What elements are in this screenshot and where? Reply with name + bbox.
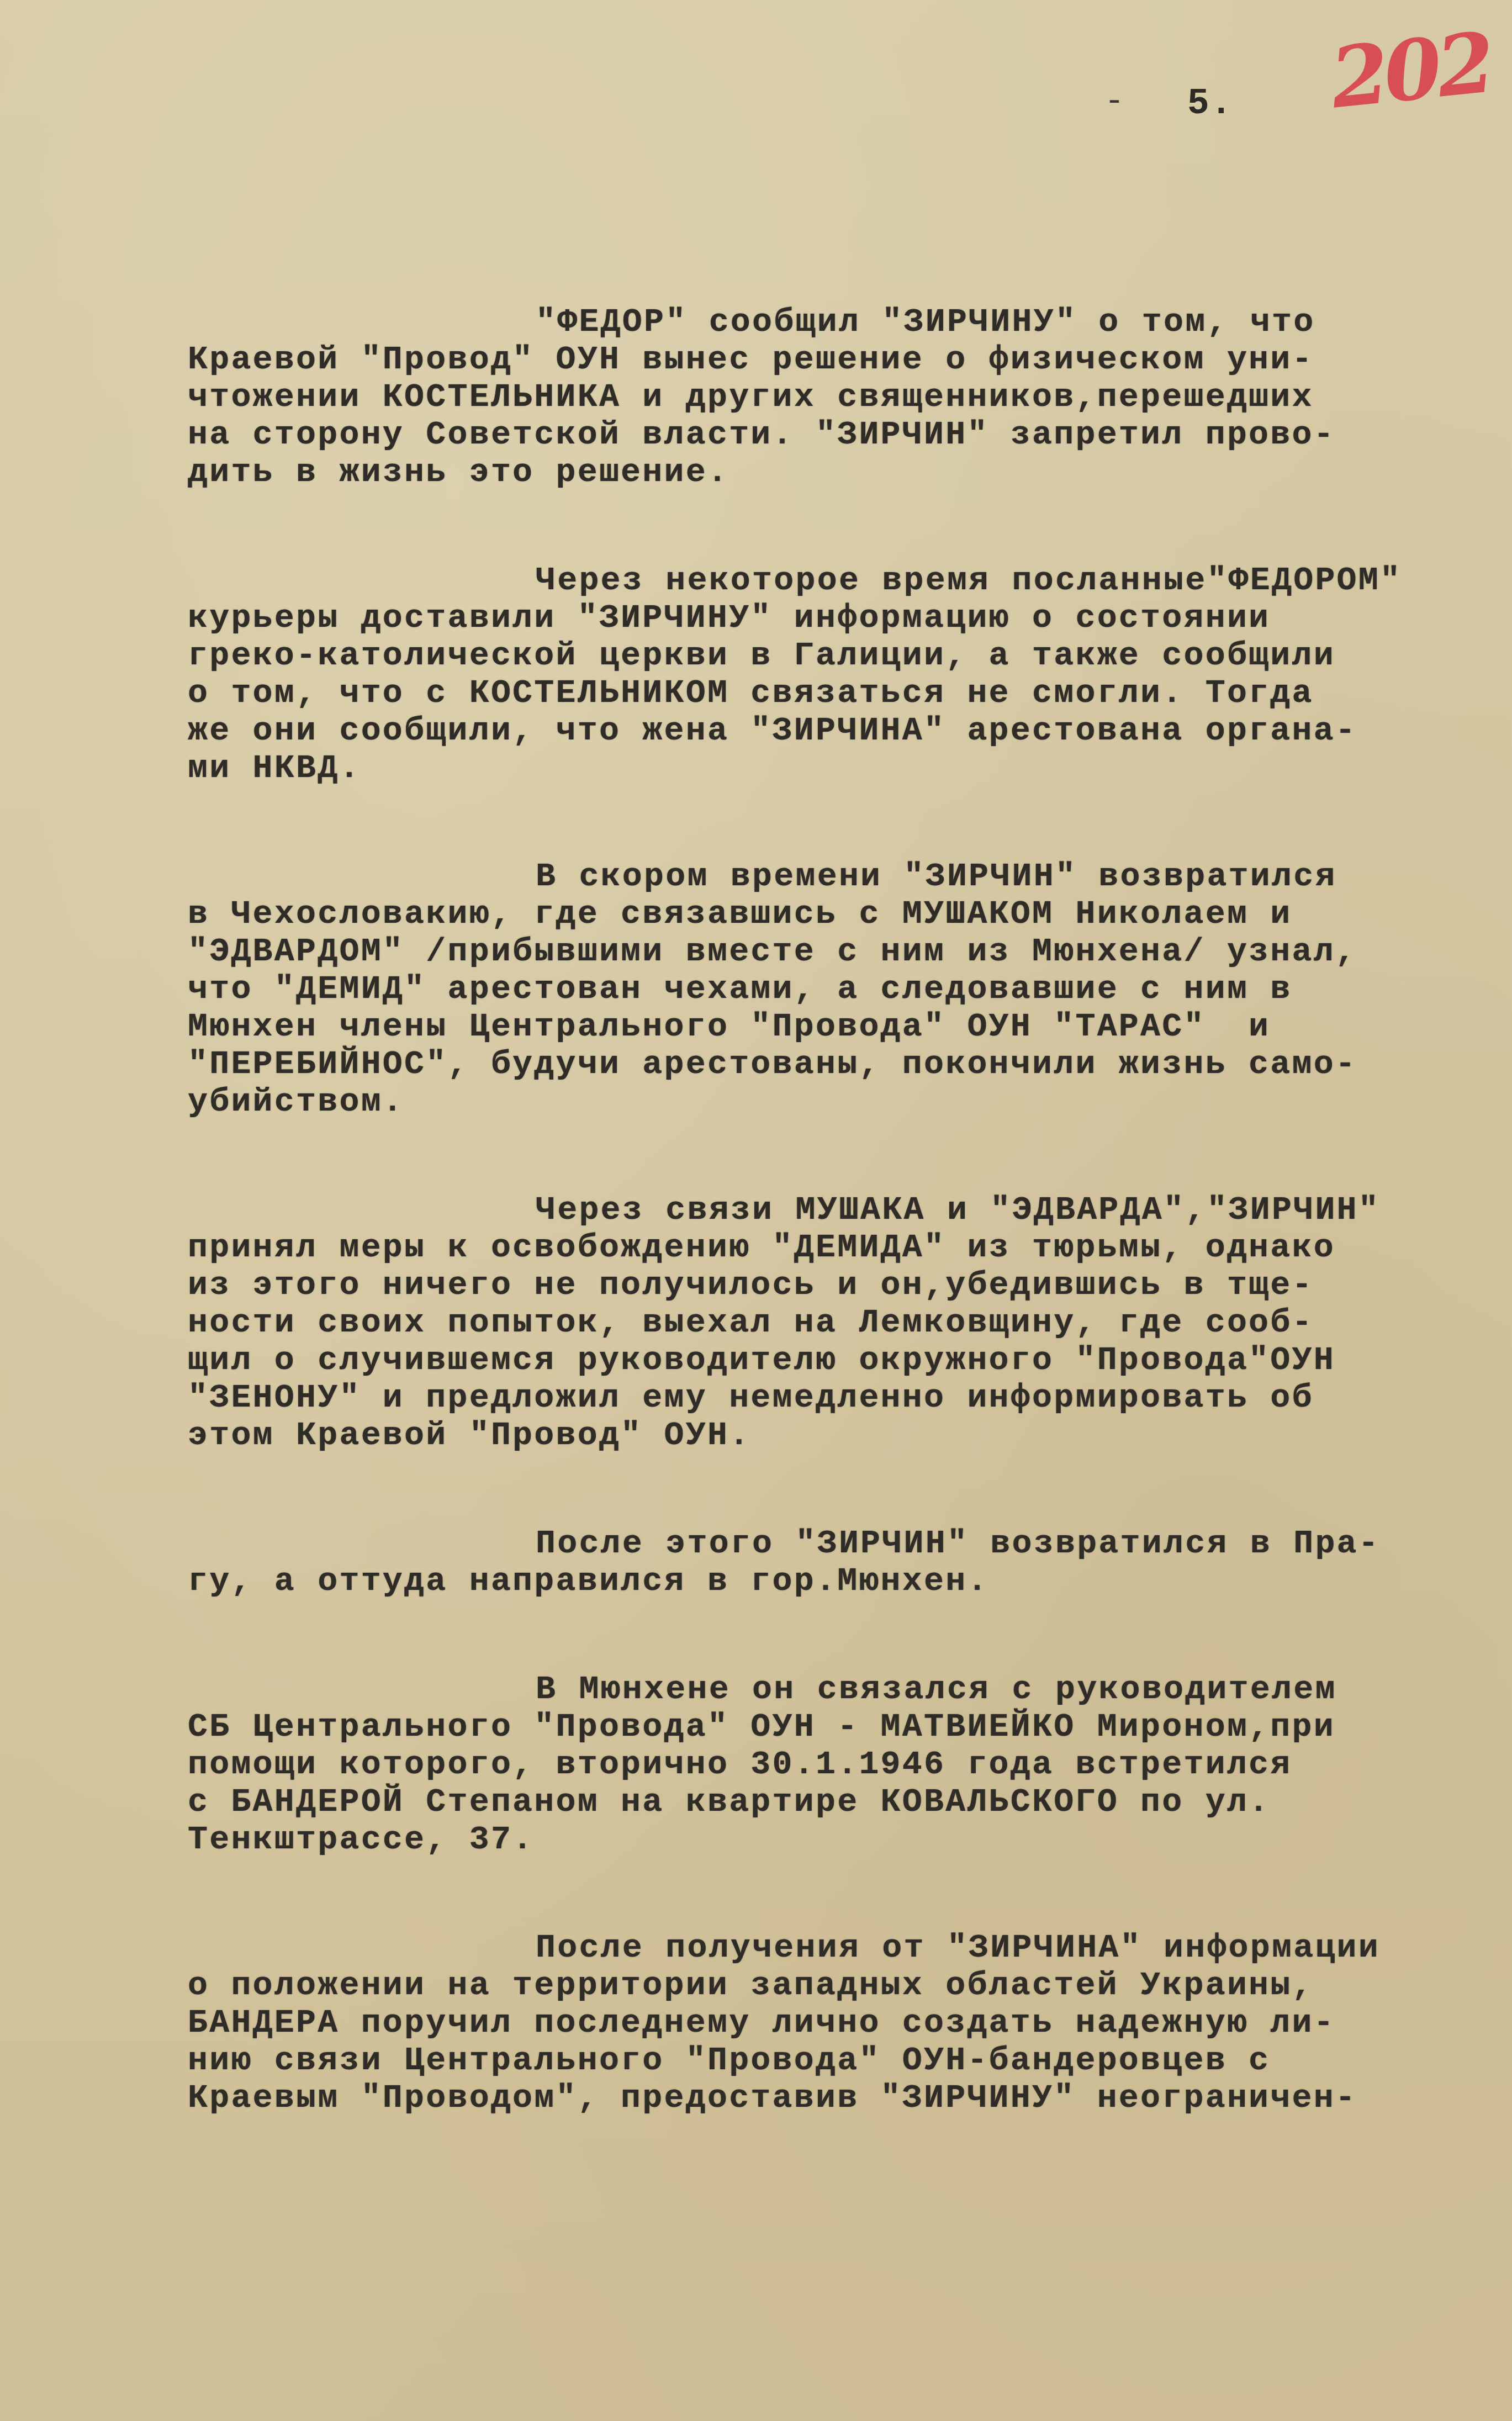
text-line: Тенкштрассе, 37. — [188, 1821, 1502, 1859]
text-line: греко-католической церкви в Галиции, а т… — [188, 637, 1502, 675]
text-line: В скором времени "ЗИРЧИН" возвратился — [188, 858, 1502, 896]
text-line: о том, что с КОСТЕЛЬНИКОМ связаться не с… — [188, 675, 1502, 712]
document-body: "ФЕДОР" сообщил "ЗИРЧИНУ" о том, что Кра… — [188, 304, 1502, 2188]
text-line: убийством. — [188, 1083, 1502, 1121]
page-dash: - — [1104, 83, 1124, 120]
text-line: принял меры к освобождению "ДЕМИДА" из т… — [188, 1229, 1502, 1267]
text-line: ности своих попыток, выехал на Лемковщин… — [188, 1304, 1502, 1342]
text-line: в Чехословакию, где связавшись с МУШАКОМ… — [188, 896, 1502, 933]
text-line: В Мюнхене он связался с руководителем — [188, 1671, 1502, 1709]
paragraph-4: Через связи МУШАКА и "ЭДВАРДА","ЗИРЧИН" … — [188, 1192, 1502, 1455]
text-line: "ПЕРЕБИЙНОС", будучи арестованы, покончи… — [188, 1046, 1502, 1083]
text-line: о положении на территории западных облас… — [188, 1967, 1502, 2005]
text-line: Краевой "Провод" ОУН вынес решение о физ… — [188, 341, 1502, 379]
text-line: дить в жизнь это решение. — [188, 454, 1502, 491]
text-line: После получения от "ЗИРЧИНА" информации — [188, 1930, 1502, 1967]
paragraph-7: После получения от "ЗИРЧИНА" информации … — [188, 1930, 1502, 2117]
text-line: Краевым "Проводом", предоставив "ЗИРЧИНУ… — [188, 2080, 1502, 2117]
paragraph-6: В Мюнхене он связался с руководителем СБ… — [188, 1671, 1502, 1859]
text-line: же они сообщили, что жена "ЗИРЧИНА" арес… — [188, 712, 1502, 750]
paragraph-1: "ФЕДОР" сообщил "ЗИРЧИНУ" о том, что Кра… — [188, 304, 1502, 491]
paragraph-2: Через некоторое время посланные"ФЕДОРОМ"… — [188, 562, 1502, 787]
page-number: 5. — [1187, 83, 1233, 124]
text-line: "ФЕДОР" сообщил "ЗИРЧИНУ" о том, что — [188, 304, 1502, 341]
text-line: с БАНДЕРОЙ Степаном на квартире КОВАЛЬСК… — [188, 1784, 1502, 1821]
text-line: щил о случившемся руководителю окружного… — [188, 1342, 1502, 1379]
text-line: гу, а оттуда направился в гор.Мюнхен. — [188, 1563, 1502, 1600]
text-line: курьеры доставили "ЗИРЧИНУ" информацию о… — [188, 600, 1502, 637]
paragraph-3: В скором времени "ЗИРЧИН" возвратился в … — [188, 858, 1502, 1121]
text-line: СБ Центрального "Провода" ОУН - МАТВИЕЙК… — [188, 1709, 1502, 1746]
text-line: "ЗЕНОНУ" и предложил ему немедленно инфо… — [188, 1379, 1502, 1417]
text-line: что "ДЕМИД" арестован чехами, а следовав… — [188, 971, 1502, 1008]
text-line: Мюнхен члены Центрального "Провода" ОУН … — [188, 1008, 1502, 1046]
text-line: ми НКВД. — [188, 750, 1502, 787]
archive-folio-number: 202 — [1326, 14, 1495, 127]
text-line: помощи которого, вторично 30.1.1946 года… — [188, 1746, 1502, 1784]
text-line: из этого ничего не получилось и он,убеди… — [188, 1267, 1502, 1304]
paragraph-5: После этого "ЗИРЧИН" возвратился в Пра- … — [188, 1525, 1502, 1600]
text-line: чтожении КОСТЕЛЬНИКА и других священнико… — [188, 379, 1502, 416]
text-line: нию связи Центрального "Провода" ОУН-бан… — [188, 2042, 1502, 2080]
text-line: "ЭДВАРДОМ" /прибывшими вместе с ним из М… — [188, 933, 1502, 971]
text-line: После этого "ЗИРЧИН" возвратился в Пра- — [188, 1525, 1502, 1563]
text-line: на сторону Советской власти. "ЗИРЧИН" за… — [188, 416, 1502, 454]
text-line: БАНДЕРА поручил последнему лично создать… — [188, 2005, 1502, 2042]
text-line: Через связи МУШАКА и "ЭДВАРДА","ЗИРЧИН" — [188, 1192, 1502, 1229]
text-line: Через некоторое время посланные"ФЕДОРОМ" — [188, 562, 1502, 600]
text-line: этом Краевой "Провод" ОУН. — [188, 1417, 1502, 1455]
